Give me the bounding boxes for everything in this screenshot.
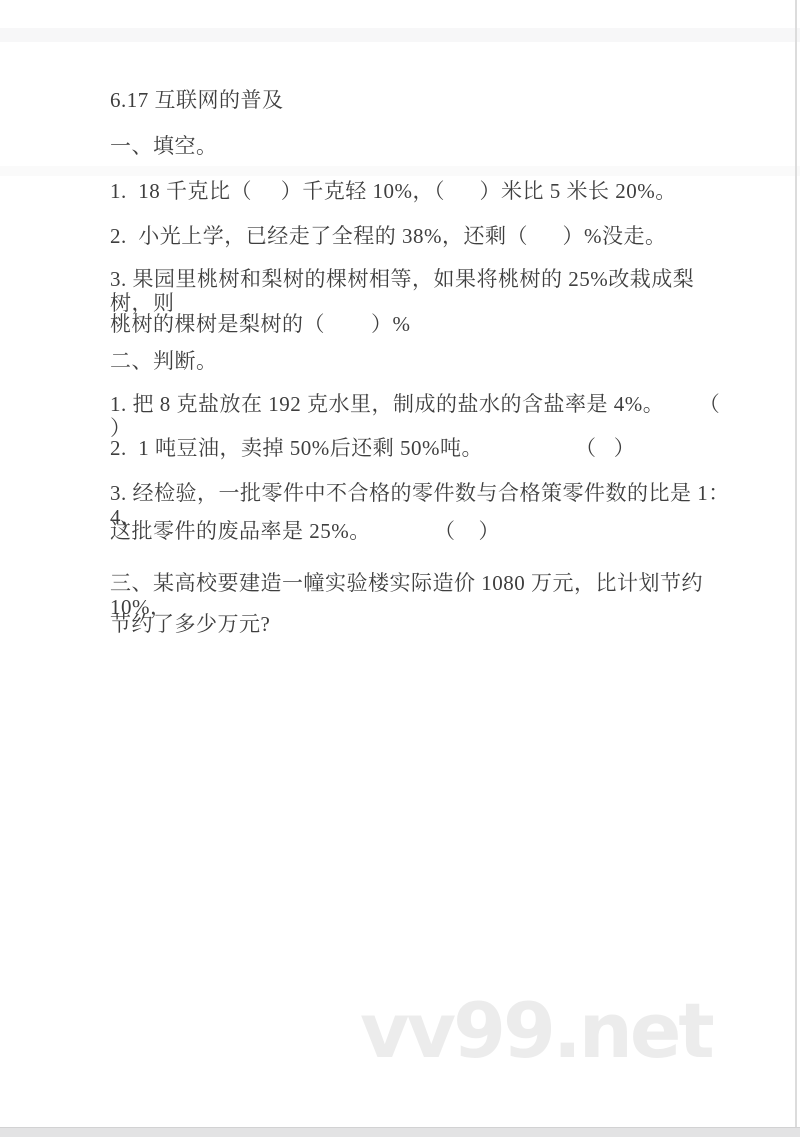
doc-title: 6.17 互联网的普及 [110,88,730,112]
section-judge-heading: 二、判断。 [110,349,730,373]
fill-question-3-line-1: 3. 果园里桃树和梨树的棵树相等，如果将桃树的 25%改栽成梨树，则 [110,267,730,315]
judge-question-1: 1. 把 8 克盐放在 192 克水里，制成的盐水的含盐率是 4%。 （ ） [110,392,730,440]
site-watermark: vv99.net [360,986,740,1075]
word-problem-line-2: 节约了多少万元? [110,612,730,636]
page-bottom-strip [0,1127,800,1137]
fill-question-2: 2. 小光上学，已经走了全程的 38%，还剩（ ）%没走。 [110,224,730,248]
fill-question-1: 1. 18 千克比（ ）千克轻 10%，（ ）米比 5 米长 20%。 [110,179,730,203]
fill-question-3-line-2: 桃树的棵树是梨树的（ ）% [110,312,730,336]
worksheet-page: 6.17 互联网的普及 一、填空。 1. 18 千克比（ ）千克轻 10%，（ … [0,0,800,1137]
section-fill-heading: 一、填空。 [110,134,730,158]
judge-question-2: 2. 1 吨豆油，卖掉 50%后还剩 50%吨。 （ ） [110,436,730,460]
page-edge-line [795,0,797,1128]
judge-question-3-line-2: 这批零件的废品率是 25%。 （ ） [110,519,730,543]
